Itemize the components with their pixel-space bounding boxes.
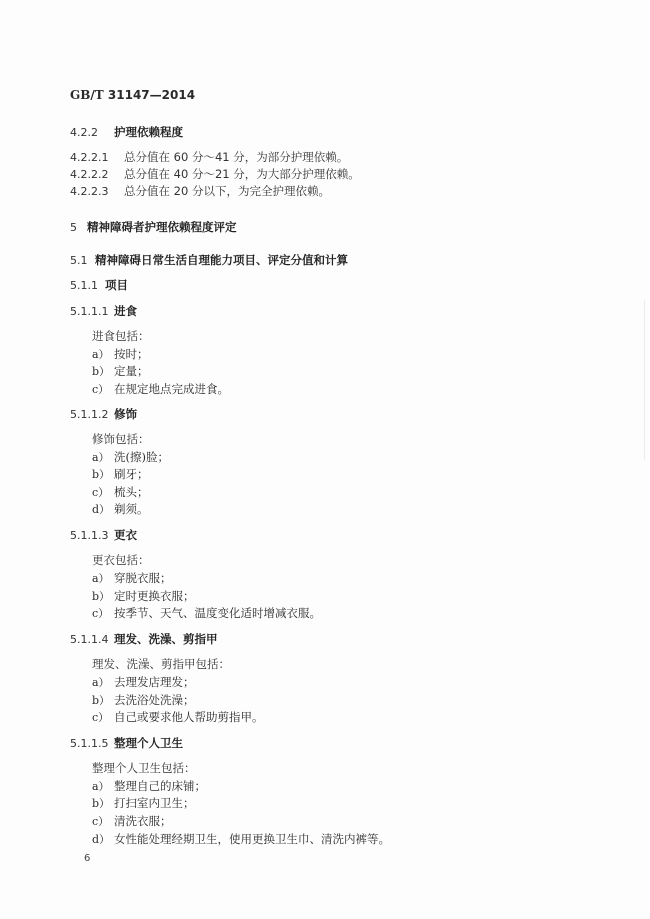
list-text: 剃须。 xyxy=(114,502,149,516)
list-item: b）去洗浴处洗澡； xyxy=(92,693,195,708)
section-number: 5.1 xyxy=(70,254,95,268)
list-label: c） xyxy=(92,711,114,725)
list-text: 整理自己的床铺； xyxy=(114,779,206,793)
section-number: 5.1.1.3 xyxy=(70,529,114,543)
list-text: 女性能处理经期卫生，使用更换卫生巾、清洗内裤等。 xyxy=(114,832,390,846)
list-item: d）剃须。 xyxy=(92,502,149,517)
paragraph-intro: 修饰包括： xyxy=(92,432,150,446)
section-heading-5-1-1-5: 5.1.1.5整理个人卫生 xyxy=(70,736,183,751)
list-text: 定时更换衣服； xyxy=(114,589,195,603)
list-item: a）去理发店理发； xyxy=(92,675,195,690)
list-label: b） xyxy=(92,468,114,482)
clause-4-2-2-2: 4.2.2.2总分值在 40 分～21 分，为大部分护理依赖。 xyxy=(70,167,360,182)
standard-number: 31147—2014 xyxy=(108,88,195,102)
section-heading-5-1-1-4: 5.1.1.4理发、洗澡、剪指甲 xyxy=(70,632,218,647)
section-title: 精神障碍日常生活自理能力项目、评定分值和计算 xyxy=(95,253,348,267)
section-heading-5-1-1-1: 5.1.1.1进食 xyxy=(70,304,137,319)
section-heading-5-1: 5.1精神障碍日常生活自理能力项目、评定分值和计算 xyxy=(70,253,348,268)
section-heading-5-1-1: 5.1.1项目 xyxy=(70,278,128,293)
section-number: 5.1.1 xyxy=(70,279,105,293)
section-number: 5 xyxy=(70,221,87,235)
section-title: 护理依赖程度 xyxy=(114,125,183,139)
list-item: c）在规定地点完成进食。 xyxy=(92,382,229,397)
list-label: b） xyxy=(92,590,114,604)
list-text: 按时； xyxy=(114,347,149,361)
section-number: 5.1.1.1 xyxy=(70,305,114,319)
page-number: 6 xyxy=(84,853,90,864)
scan-edge-line xyxy=(644,300,645,460)
list-text: 去洗浴处洗澡； xyxy=(114,693,195,707)
list-text: 打扫室内卫生； xyxy=(114,796,195,810)
list-label: c） xyxy=(92,383,114,397)
list-label: c） xyxy=(92,607,114,621)
section-title: 精神障碍者护理依赖程度评定 xyxy=(87,220,237,234)
list-label: b） xyxy=(92,365,114,379)
list-text: 穿脱衣服； xyxy=(114,571,172,585)
list-item: b）定时更换衣服； xyxy=(92,589,195,604)
list-item: c）按季节、天气、温度变化适时增减衣服。 xyxy=(92,606,321,621)
section-number: 5.1.1.5 xyxy=(70,737,114,751)
paragraph-intro: 更衣包括： xyxy=(92,553,150,567)
section-heading-4-2-2: 4.2.2护理依赖程度 xyxy=(70,125,183,140)
list-item: b）定量； xyxy=(92,364,149,379)
section-title: 整理个人卫生 xyxy=(114,736,183,750)
standard-prefix: GB/T xyxy=(70,88,104,102)
list-label: b） xyxy=(92,694,114,708)
list-item: a）洗(擦)脸； xyxy=(92,450,169,465)
list-label: d） xyxy=(92,833,114,847)
list-label: b） xyxy=(92,797,114,811)
list-item: d）女性能处理经期卫生，使用更换卫生巾、清洗内裤等。 xyxy=(92,832,390,847)
clause-4-2-2-1: 4.2.2.1总分值在 60 分～41 分，为部分护理依赖。 xyxy=(70,150,348,165)
list-text: 刷牙； xyxy=(114,467,149,481)
list-item: c）自己或要求他人帮助剪指甲。 xyxy=(92,710,264,725)
list-label: a） xyxy=(92,676,114,690)
clause-text: 总分值在 20 分以下，为完全护理依赖。 xyxy=(124,184,330,198)
section-title: 更衣 xyxy=(114,528,137,542)
section-title: 进食 xyxy=(114,304,137,318)
list-text: 自己或要求他人帮助剪指甲。 xyxy=(114,710,264,724)
clause-number: 4.2.2.2 xyxy=(70,168,124,182)
section-heading-5: 5精神障碍者护理依赖程度评定 xyxy=(70,220,237,235)
list-item: c）梳头； xyxy=(92,485,149,500)
list-item: b）刷牙； xyxy=(92,467,149,482)
standard-code-header: GB/T 31147—2014 xyxy=(70,88,195,102)
list-label: a） xyxy=(92,780,114,794)
section-number: 4.2.2 xyxy=(70,126,114,140)
clause-number: 4.2.2.3 xyxy=(70,185,124,199)
list-text: 清洗衣服； xyxy=(114,814,172,828)
list-label: c） xyxy=(92,815,114,829)
paragraph-intro: 理发、洗澡、剪指甲包括： xyxy=(92,657,230,671)
list-item: a）整理自己的床铺； xyxy=(92,779,206,794)
list-label: a） xyxy=(92,348,114,362)
section-title: 项目 xyxy=(105,278,128,292)
list-text: 梳头； xyxy=(114,485,149,499)
list-label: a） xyxy=(92,572,114,586)
list-text: 按季节、天气、温度变化适时增减衣服。 xyxy=(114,606,321,620)
list-item: c）清洗衣服； xyxy=(92,814,172,829)
clause-4-2-2-3: 4.2.2.3总分值在 20 分以下，为完全护理依赖。 xyxy=(70,184,330,199)
section-title: 修饰 xyxy=(114,407,137,421)
list-label: d） xyxy=(92,503,114,517)
section-heading-5-1-1-3: 5.1.1.3更衣 xyxy=(70,528,137,543)
section-number: 5.1.1.2 xyxy=(70,408,114,422)
section-number: 5.1.1.4 xyxy=(70,633,114,647)
clause-number: 4.2.2.1 xyxy=(70,151,124,165)
clause-text: 总分值在 60 分～41 分，为部分护理依赖。 xyxy=(124,150,348,164)
section-heading-5-1-1-2: 5.1.1.2修饰 xyxy=(70,407,137,422)
list-text: 洗(擦)脸； xyxy=(114,450,169,464)
list-item: a）按时； xyxy=(92,347,149,362)
list-label: c） xyxy=(92,486,114,500)
list-text: 去理发店理发； xyxy=(114,675,195,689)
list-text: 定量； xyxy=(114,364,149,378)
list-item: b）打扫室内卫生； xyxy=(92,796,195,811)
paragraph-intro: 整理个人卫生包括： xyxy=(92,761,196,775)
paragraph-intro: 进食包括： xyxy=(92,329,150,343)
list-label: a） xyxy=(92,451,114,465)
clause-text: 总分值在 40 分～21 分，为大部分护理依赖。 xyxy=(124,167,360,181)
list-item: a）穿脱衣服； xyxy=(92,571,172,586)
document-page: GB/T 31147—2014 4.2.2护理依赖程度 4.2.2.1总分值在 … xyxy=(0,0,650,919)
section-title: 理发、洗澡、剪指甲 xyxy=(114,632,218,646)
list-text: 在规定地点完成进食。 xyxy=(114,382,229,396)
